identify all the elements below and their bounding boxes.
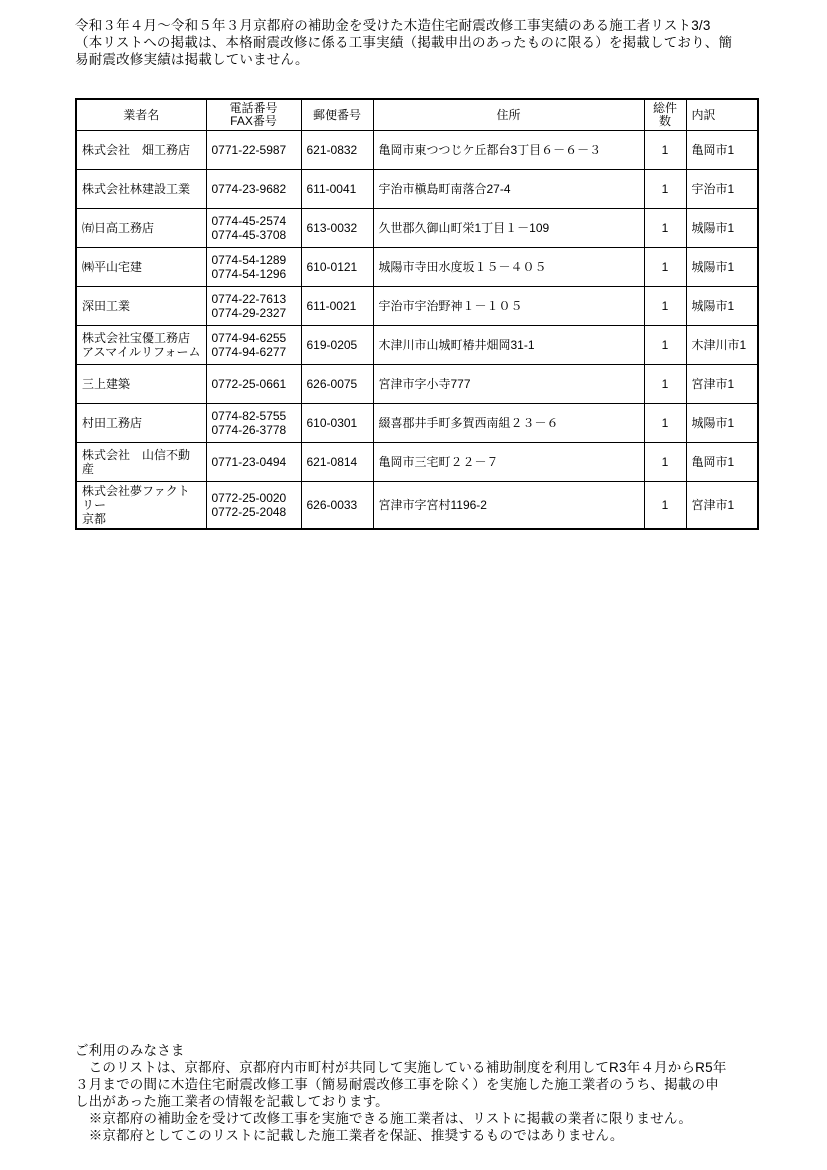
- cell-total-count: 1: [644, 482, 686, 530]
- cell-phone-fax: 0774-23-9682: [206, 170, 301, 209]
- cell-phone-fax: 0774-82-5755 0774-26-3778: [206, 404, 301, 443]
- cell-breakdown: 亀岡市1: [686, 443, 758, 482]
- cell-breakdown: 木津川市1: [686, 326, 758, 365]
- cell-total-count: 1: [644, 287, 686, 326]
- cell-phone-fax: 0774-94-6255 0774-94-6277: [206, 326, 301, 365]
- cell-phone-fax: 0771-22-5987: [206, 131, 301, 170]
- cell-breakdown: 宮津市1: [686, 482, 758, 530]
- cell-company-name: 村田工務店: [76, 404, 206, 443]
- cell-breakdown: 宇治市1: [686, 170, 758, 209]
- cell-address: 城陽市寺田水度坂１５－４０５: [373, 248, 644, 287]
- header-total-count: 総件 数: [644, 99, 686, 131]
- cell-breakdown: 城陽市1: [686, 287, 758, 326]
- cell-postal-code: 621-0814: [301, 443, 373, 482]
- header-phone-fax: 電話番号 FAX番号: [206, 99, 301, 131]
- cell-postal-code: 621-0832: [301, 131, 373, 170]
- table-row: 株式会社宝優工務店 アスマイルリフォーム0774-94-6255 0774-94…: [76, 326, 758, 365]
- cell-company-name: 株式会社林建設工業: [76, 170, 206, 209]
- cell-address: 亀岡市三宅町２２－７: [373, 443, 644, 482]
- cell-postal-code: 611-0041: [301, 170, 373, 209]
- usage-notes: ご利用のみなさま このリストは、京都府、京都府内市町村が共同して実施している補助…: [75, 1042, 775, 1144]
- cell-company-name: ㈱平山宅建: [76, 248, 206, 287]
- header-address: 住所: [373, 99, 644, 131]
- cell-address: 宇治市槇島町南落合27-4: [373, 170, 644, 209]
- cell-phone-fax: 0772-25-0020 0772-25-2048: [206, 482, 301, 530]
- cell-address: 久世郡久御山町栄1丁目１－109: [373, 209, 644, 248]
- cell-total-count: 1: [644, 443, 686, 482]
- cell-breakdown: 宮津市1: [686, 365, 758, 404]
- cell-phone-fax: 0774-22-7613 0774-29-2327: [206, 287, 301, 326]
- cell-total-count: 1: [644, 365, 686, 404]
- cell-postal-code: 619-0205: [301, 326, 373, 365]
- cell-company-name: 株式会社 山信不動産: [76, 443, 206, 482]
- cell-company-name: 株式会社夢ファクトリー 京都: [76, 482, 206, 530]
- table-row: 三上建築0772-25-0661626-0075宮津市字小寺7771宮津市1: [76, 365, 758, 404]
- cell-phone-fax: 0774-54-1289 0774-54-1296: [206, 248, 301, 287]
- cell-postal-code: 626-0075: [301, 365, 373, 404]
- cell-total-count: 1: [644, 170, 686, 209]
- document-page: 令和３年４月～令和５年３月京都府の補助金を受けた木造住宅耐震改修工事実績のある施…: [0, 0, 827, 1170]
- header-company-name: 業者名: [76, 99, 206, 131]
- table-row: 株式会社 畑工務店0771-22-5987621-0832亀岡市東つつじケ丘都台…: [76, 131, 758, 170]
- cell-postal-code: 610-0121: [301, 248, 373, 287]
- cell-address: 宮津市字宮村1196-2: [373, 482, 644, 530]
- cell-total-count: 1: [644, 326, 686, 365]
- cell-company-name: ㈲日高工務店: [76, 209, 206, 248]
- cell-total-count: 1: [644, 131, 686, 170]
- cell-phone-fax: 0772-25-0661: [206, 365, 301, 404]
- cell-postal-code: 611-0021: [301, 287, 373, 326]
- contractor-table: 業者名 電話番号 FAX番号 郵便番号 住所 総件 数 内訳 株式会社 畑工務店…: [75, 98, 759, 530]
- cell-company-name: 株式会社宝優工務店 アスマイルリフォーム: [76, 326, 206, 365]
- cell-company-name: 深田工業: [76, 287, 206, 326]
- cell-address: 綴喜郡井手町多賀西南組２３－６: [373, 404, 644, 443]
- cell-total-count: 1: [644, 248, 686, 287]
- cell-address: 亀岡市東つつじケ丘都台3丁目６－６－３: [373, 131, 644, 170]
- cell-company-name: 株式会社 畑工務店: [76, 131, 206, 170]
- cell-breakdown: 亀岡市1: [686, 131, 758, 170]
- cell-address: 宇治市宇治野神１－１０５: [373, 287, 644, 326]
- cell-breakdown: 城陽市1: [686, 404, 758, 443]
- cell-company-name: 三上建築: [76, 365, 206, 404]
- table-row: ㈱平山宅建0774-54-1289 0774-54-1296610-0121城陽…: [76, 248, 758, 287]
- cell-phone-fax: 0774-45-2574 0774-45-3708: [206, 209, 301, 248]
- cell-total-count: 1: [644, 404, 686, 443]
- document-title: 令和３年４月～令和５年３月京都府の補助金を受けた木造住宅耐震改修工事実績のある施…: [75, 17, 805, 68]
- cell-postal-code: 626-0033: [301, 482, 373, 530]
- table-row: 株式会社 山信不動産0771-23-0494621-0814亀岡市三宅町２２－７…: [76, 443, 758, 482]
- cell-address: 宮津市字小寺777: [373, 365, 644, 404]
- cell-phone-fax: 0771-23-0494: [206, 443, 301, 482]
- table-row: 株式会社林建設工業0774-23-9682611-0041宇治市槇島町南落合27…: [76, 170, 758, 209]
- table-row: ㈲日高工務店0774-45-2574 0774-45-3708613-0032久…: [76, 209, 758, 248]
- cell-postal-code: 610-0301: [301, 404, 373, 443]
- cell-postal-code: 613-0032: [301, 209, 373, 248]
- cell-total-count: 1: [644, 209, 686, 248]
- header-postal-code: 郵便番号: [301, 99, 373, 131]
- header-breakdown: 内訳: [686, 99, 758, 131]
- cell-address: 木津川市山城町椿井畑岡31-1: [373, 326, 644, 365]
- table-row: 深田工業0774-22-7613 0774-29-2327611-0021宇治市…: [76, 287, 758, 326]
- cell-breakdown: 城陽市1: [686, 209, 758, 248]
- table-header-row: 業者名 電話番号 FAX番号 郵便番号 住所 総件 数 内訳: [76, 99, 758, 131]
- cell-breakdown: 城陽市1: [686, 248, 758, 287]
- table-row: 村田工務店0774-82-5755 0774-26-3778610-0301綴喜…: [76, 404, 758, 443]
- table-row: 株式会社夢ファクトリー 京都0772-25-0020 0772-25-20486…: [76, 482, 758, 530]
